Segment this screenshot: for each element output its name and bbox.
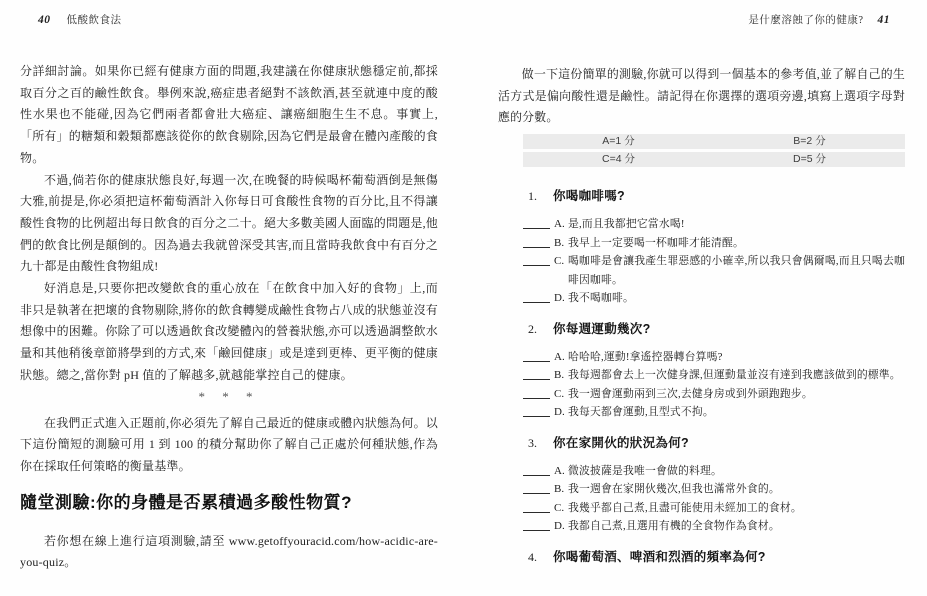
option-letter: B.: [554, 234, 568, 253]
quiz-question-4: 4. 你喝葡萄酒、啤酒和烈酒的頻率為何?: [498, 549, 905, 566]
option-text: 哈哈哈,運動!拿遙控器轉台算嗎?: [568, 348, 905, 367]
option-row: B. 我早上一定要喝一杯咖啡才能清醒。: [498, 234, 905, 253]
option-text: 喝咖啡是會讓我產生罪惡感的小確幸,所以我只會偶爾喝,而且只喝去咖啡因咖啡。: [568, 252, 905, 289]
score-cell-d: D=5 分: [714, 152, 905, 167]
score-cell-a: A=1 分: [523, 134, 714, 149]
question-title: 你喝咖啡嗎?: [553, 188, 625, 205]
option-row: A. 哈哈哈,運動!拿遙控器轉台算嗎?: [498, 348, 905, 367]
quiz-question-3: 3. 你在家開伙的狀況為何? A. 微波披薩是我唯一會做的料理。 B. 我一週會…: [498, 435, 905, 536]
option-row: B. 我每週都會去上一次健身課,但運動量並沒有達到我應該做到的標準。: [498, 366, 905, 385]
question-title-row: 3. 你在家開伙的狀況為何?: [498, 435, 905, 452]
option-row: D. 我每天都會運動,且型式不拘。: [498, 403, 905, 422]
page-left: 40 低酸飲食法 分詳細討論。如果你已經有健康方面的問題,我建議在你健康狀態穩定…: [20, 0, 438, 596]
body-paragraph: 好消息是,只要你把改變飲食的重心放在「在飲食中加入好的食物」上,而非只是執著在把…: [20, 278, 438, 387]
score-fill-in-blank: [523, 234, 550, 248]
question-number: 3.: [528, 435, 553, 452]
option-text: 我每天都會運動,且型式不拘。: [568, 403, 905, 422]
asterisk-section-divider: * * *: [20, 389, 438, 405]
page-number-right: 41: [878, 14, 891, 26]
score-fill-in-blank: [523, 366, 550, 380]
option-letter: C.: [554, 499, 568, 518]
book-spread: 40 低酸飲食法 分詳細討論。如果你已經有健康方面的問題,我建議在你健康狀態穩定…: [0, 0, 927, 596]
option-text: 我幾乎都自己煮,且盡可能使用未經加工的食材。: [568, 499, 905, 518]
score-fill-in-blank: [523, 517, 550, 531]
option-row: B. 我一週會在家開伙幾次,但我也滿常外食的。: [498, 480, 905, 499]
question-title: 你喝葡萄酒、啤酒和烈酒的頻率為何?: [553, 549, 766, 566]
left-page-body: 分詳細討論。如果你已經有健康方面的問題,我建議在你健康狀態穩定前,都採取百分之百…: [20, 61, 438, 574]
quiz-section-heading: 隨堂測驗:你的身體是否累積過多酸性物質?: [20, 491, 438, 515]
option-text: 微波披薩是我唯一會做的料理。: [568, 462, 905, 481]
option-text: 我一週會在家開伙幾次,但我也滿常外食的。: [568, 480, 905, 499]
page-number-left: 40: [38, 14, 51, 26]
option-text: 我不喝咖啡。: [568, 289, 905, 308]
option-letter: A.: [554, 348, 568, 367]
option-row: C. 我一週會運動兩到三次,去健身房或到外頭跑跑步。: [498, 385, 905, 404]
page-right: 是什麼溶蝕了你的健康? 41 做一下這份簡單的測驗,你就可以得到一個基本的參考值…: [498, 0, 905, 596]
score-fill-in-blank: [523, 462, 550, 476]
option-letter: A.: [554, 462, 568, 481]
quiz-question-2: 2. 你每週運動幾次? A. 哈哈哈,運動!拿遙控器轉台算嗎? B. 我每週都會…: [498, 321, 905, 422]
question-title: 你在家開伙的狀況為何?: [553, 435, 689, 452]
score-fill-in-blank: [523, 289, 550, 303]
score-fill-in-blank: [523, 499, 550, 513]
score-fill-in-blank: [523, 480, 550, 494]
score-cell-c: C=4 分: [523, 152, 714, 167]
running-head-book-title: 低酸飲食法: [67, 12, 122, 27]
question-title: 你每週運動幾次?: [553, 321, 651, 338]
option-letter: D.: [554, 517, 568, 536]
question-title-row: 4. 你喝葡萄酒、啤酒和烈酒的頻率為何?: [498, 549, 905, 566]
score-fill-in-blank: [523, 252, 550, 266]
question-options: A. 是,而且我都把它當水喝! B. 我早上一定要喝一杯咖啡才能清醒。 C. 喝…: [498, 215, 905, 308]
body-paragraph: 不過,倘若你的健康狀態良好,每週一次,在晚餐的時候喝杯葡萄酒倒是無傷大雅,前提是…: [20, 170, 438, 279]
option-text: 我一週會運動兩到三次,去健身房或到外頭跑跑步。: [568, 385, 905, 404]
right-page-body: 做一下這份簡單的測驗,你就可以得到一個基本的參考值,並了解自己的生活方式是偏向酸…: [498, 64, 905, 566]
option-text: 是,而且我都把它當水喝!: [568, 215, 905, 234]
option-row: A. 微波披薩是我唯一會做的料理。: [498, 462, 905, 481]
option-text: 我早上一定要喝一杯咖啡才能清醒。: [568, 234, 905, 253]
option-letter: B.: [554, 366, 568, 385]
score-fill-in-blank: [523, 348, 550, 362]
quiz-intro-paragraph: 做一下這份簡單的測驗,你就可以得到一個基本的參考值,並了解自己的生活方式是偏向酸…: [498, 64, 905, 129]
score-cell-b: B=2 分: [714, 134, 905, 149]
score-table: A=1 分 B=2 分 C=4 分 D=5 分: [523, 134, 905, 167]
question-title-row: 2. 你每週運動幾次?: [498, 321, 905, 338]
option-row: D. 我都自己煮,且選用有機的全食物作為食材。: [498, 517, 905, 536]
body-paragraph: 分詳細討論。如果你已經有健康方面的問題,我建議在你健康狀態穩定前,都採取百分之百…: [20, 61, 438, 170]
option-letter: D.: [554, 289, 568, 308]
running-head-left: 40 低酸飲食法: [20, 12, 438, 27]
option-row: D. 我不喝咖啡。: [498, 289, 905, 308]
question-number: 1.: [528, 188, 553, 205]
option-letter: C.: [554, 385, 568, 404]
option-row: C. 我幾乎都自己煮,且盡可能使用未經加工的食材。: [498, 499, 905, 518]
question-options: A. 微波披薩是我唯一會做的料理。 B. 我一週會在家開伙幾次,但我也滿常外食的…: [498, 462, 905, 536]
quiz-online-url-paragraph: 若你想在線上進行這項測驗,請至 www.getoffyouracid.com/h…: [20, 531, 438, 574]
score-table-row: A=1 分 B=2 分: [523, 134, 905, 149]
score-fill-in-blank: [523, 385, 550, 399]
option-row: C. 喝咖啡是會讓我產生罪惡感的小確幸,所以我只會偶爾喝,而且只喝去咖啡因咖啡。: [498, 252, 905, 289]
option-letter: D.: [554, 403, 568, 422]
question-title-row: 1. 你喝咖啡嗎?: [498, 188, 905, 205]
score-table-row: C=4 分 D=5 分: [523, 152, 905, 167]
score-fill-in-blank: [523, 215, 550, 229]
option-text: 我都自己煮,且選用有機的全食物作為食材。: [568, 517, 905, 536]
option-letter: C.: [554, 252, 568, 289]
option-letter: A.: [554, 215, 568, 234]
body-paragraph: 在我們正式進入正題前,你必須先了解自己最近的健康或體內狀態為何。以下這份簡短的測…: [20, 413, 438, 478]
running-head-chapter-title: 是什麼溶蝕了你的健康?: [748, 12, 863, 27]
running-head-right: 是什麼溶蝕了你的健康? 41: [498, 12, 905, 27]
score-fill-in-blank: [523, 403, 550, 417]
question-number: 4.: [528, 549, 553, 566]
question-number: 2.: [528, 321, 553, 338]
option-text: 我每週都會去上一次健身課,但運動量並沒有達到我應該做到的標準。: [568, 366, 905, 385]
quiz-question-1: 1. 你喝咖啡嗎? A. 是,而且我都把它當水喝! B. 我早上一定要喝一杯咖啡…: [498, 188, 905, 308]
option-row: A. 是,而且我都把它當水喝!: [498, 215, 905, 234]
question-options: A. 哈哈哈,運動!拿遙控器轉台算嗎? B. 我每週都會去上一次健身課,但運動量…: [498, 348, 905, 422]
option-letter: B.: [554, 480, 568, 499]
